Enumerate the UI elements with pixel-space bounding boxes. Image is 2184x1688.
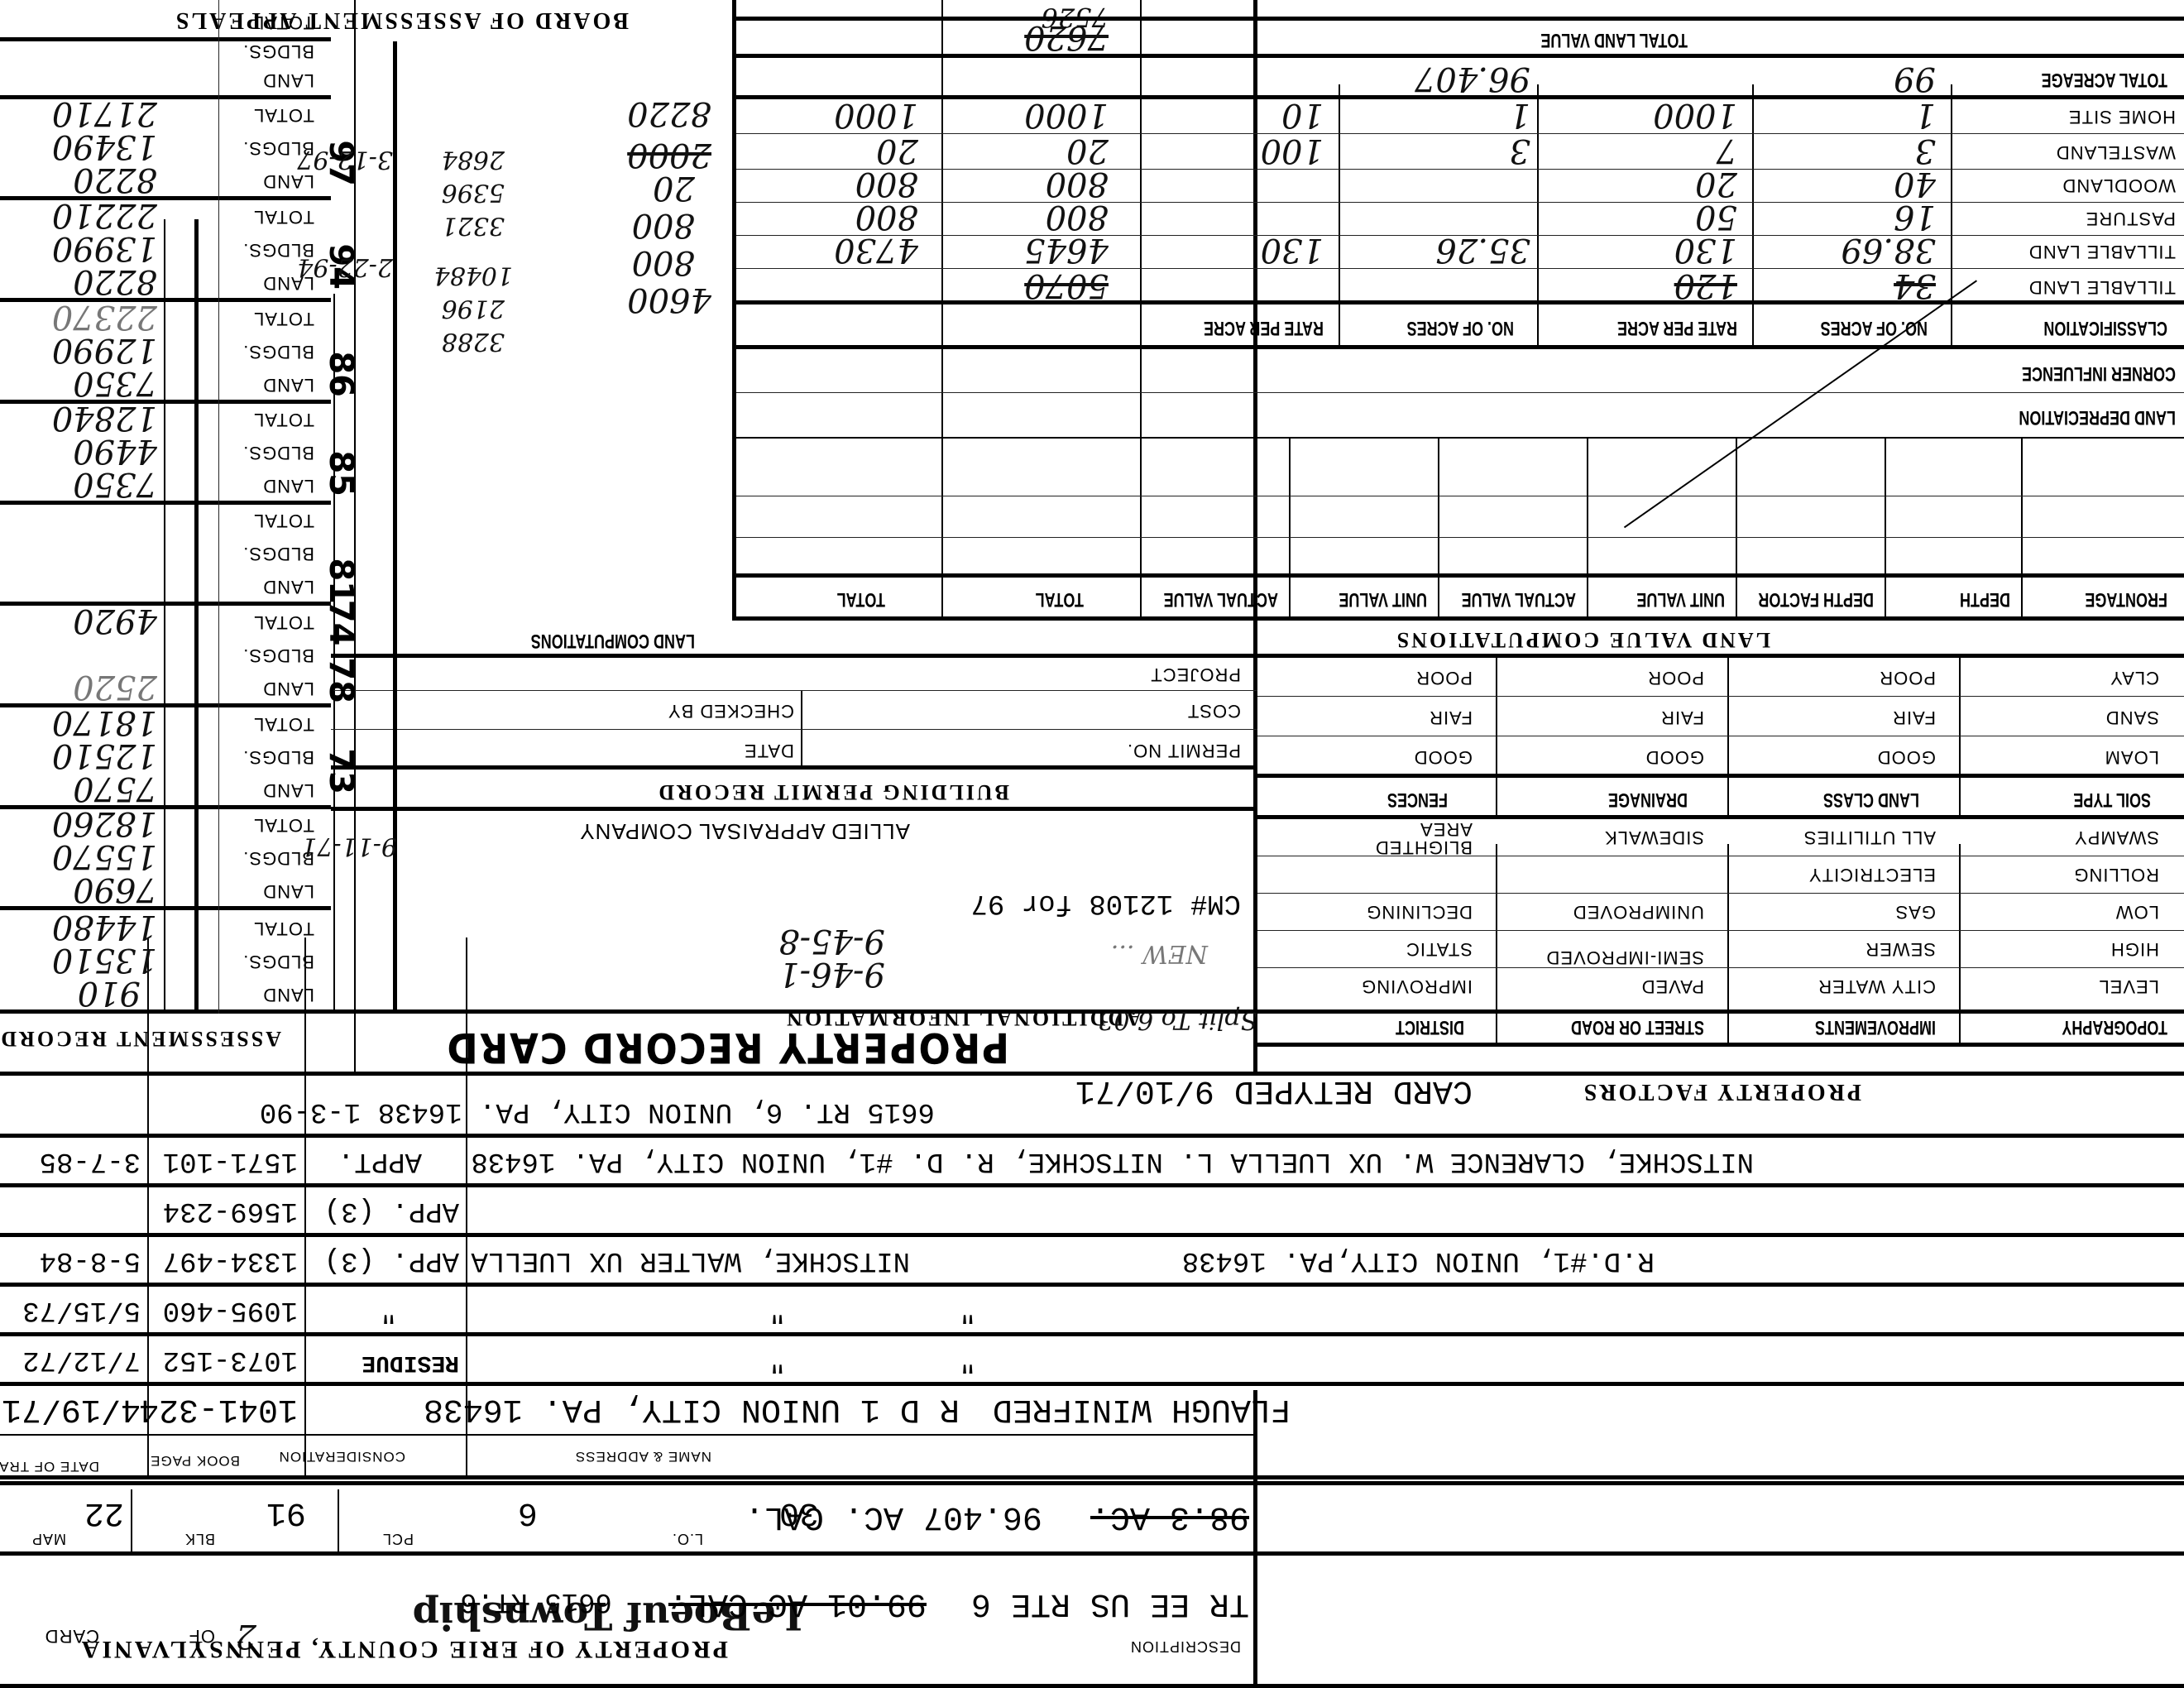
divider [0, 1434, 1257, 1436]
soil-type-header: SOIL TYPE [2073, 788, 2151, 811]
rate-value: 120 [1674, 266, 1737, 305]
row-label-land: LAND [262, 880, 314, 902]
lv-actual-value: ACTUAL VALUE [1462, 587, 1576, 611]
acres-value-2: 35.26 [1435, 231, 1530, 269]
assessment-land: 7570 [73, 770, 157, 808]
divider [331, 654, 2184, 658]
row-label-bldgs: BLDGS. [242, 645, 314, 666]
blk-label: BLK [184, 1530, 215, 1547]
divider [131, 1489, 132, 1556]
factor-level[interactable]: LEVEL [2099, 976, 2160, 997]
transfer-consideration: APP. (3) [324, 1195, 459, 1226]
transfer-address: " [960, 1344, 976, 1375]
total-value: 800 [1046, 198, 1109, 236]
assessment-year: 74 78 [322, 600, 360, 703]
corner-influence-label: CORNER INFLUENCE [2022, 362, 2176, 385]
land-depreciation-label: LAND DEPRECIATION [2019, 405, 2176, 429]
factor-sidewalk[interactable]: SIDEWALK [1604, 827, 1704, 848]
transfer-name: FLAUGH WINIFRED [993, 1390, 1291, 1427]
board-title: BOARD OF ASSESSMENT APPEALS [174, 7, 629, 33]
acres-header-1: NO. OF ACRES [1821, 316, 1928, 339]
divider [393, 41, 397, 1014]
assessment-total: 18260 [52, 804, 157, 842]
divider [1257, 930, 2184, 931]
th-book-page: BOOK PAGE [150, 1452, 240, 1469]
total-acreage-1: 99 [1894, 60, 1936, 98]
transfer-name: " [769, 1294, 786, 1326]
divider [0, 501, 331, 505]
factor-static[interactable]: STATIC [1406, 938, 1473, 960]
transfer-date: 7/12/72 [22, 1344, 141, 1375]
drainage-header: DRAINAGE [1608, 788, 1688, 811]
divider [0, 1382, 2184, 1386]
divider [736, 54, 2184, 58]
rate-value-2: 130 [1261, 231, 1324, 269]
property-record-card-title: PROPERTY RECORD CARD [446, 1024, 1009, 1072]
assessment-bldgs: 13990 [52, 229, 157, 267]
divider [194, 219, 199, 1014]
lc-side-2684: 2684 [442, 145, 505, 174]
divider [736, 573, 2184, 578]
drainage-good[interactable]: GOOD [1645, 746, 1704, 768]
rate-value: 130 [1674, 231, 1737, 269]
pcl-value: 6 [518, 1494, 538, 1531]
assessment-bldgs: 15570 [52, 837, 157, 875]
row-label-total: TOTAL [253, 206, 314, 228]
th-name-address: NAME & ADDRESS [575, 1448, 711, 1465]
permit-date-label: DATE [744, 740, 794, 761]
divider [736, 169, 2184, 170]
divider [0, 298, 331, 302]
transfer-book-page: 1095-460 [163, 1294, 298, 1326]
factor-gas[interactable]: GAS [1895, 901, 1936, 923]
rate-value: 1000 [1653, 96, 1737, 134]
assessment-year: 86 [322, 351, 360, 397]
assessment-total: 22210 [52, 196, 157, 234]
lc-value-8220: 8220 [627, 94, 711, 132]
divider [736, 392, 2184, 393]
permit-no-label: PERMIT NO. [1127, 740, 1241, 761]
divider [0, 37, 331, 41]
class-label: HOME SITE [2068, 106, 2176, 127]
divider [736, 537, 2184, 538]
divider [1537, 84, 1539, 349]
assessment-bldgs: 13510 [52, 941, 157, 979]
factor-rolling[interactable]: ROLLING [2073, 864, 2159, 885]
blk-value: 91 [266, 1494, 306, 1531]
divider [218, 0, 219, 1014]
row-label-land: LAND [262, 475, 314, 496]
lc-value-20: 20 [653, 169, 695, 207]
divider [331, 765, 1257, 770]
assessment-bldgs: 4490 [73, 432, 157, 470]
assessment-land: 910 [78, 974, 141, 1012]
improvements-header: IMPROVEMENTS [1815, 1015, 1936, 1038]
permit-cost-label: COST [1187, 700, 1241, 722]
note-9-45-8: 9-45-8 [778, 922, 885, 960]
description-label: DESCRIPTION [1130, 1638, 1241, 1655]
divider [1257, 736, 2184, 736]
assessment-land: 7690 [73, 870, 157, 909]
divider [0, 906, 331, 910]
divider [0, 1009, 331, 1014]
transfer-date: 5-8-84 [40, 1244, 141, 1276]
lc-value-800b: 800 [632, 243, 695, 281]
divider [0, 1475, 2184, 1479]
rate-header-1: RATE PER ACRE [1617, 316, 1737, 339]
row-label-total: TOTAL [253, 713, 314, 735]
divider [164, 219, 165, 1014]
row-label-total: TOTAL [253, 12, 314, 33]
lc-side-2196: 2196 [442, 294, 505, 323]
divider [732, 0, 736, 621]
divider [331, 807, 1257, 811]
divider [1257, 856, 2184, 856]
row-label-land: LAND [262, 678, 314, 699]
assessment-record-title: ASSESSMENT RECORD [0, 1026, 281, 1051]
divider [304, 938, 306, 1479]
class-label: TILLABLE LAND [2028, 241, 2176, 262]
th-date: DATE OF TRANSFER [0, 1459, 99, 1475]
rate-value: 50 [1695, 198, 1737, 236]
divider [331, 690, 1257, 691]
row-label-total: TOTAL [253, 918, 314, 939]
assessment-year: 81 [322, 558, 360, 604]
divider [1253, 0, 1257, 1076]
divider [2021, 439, 2023, 621]
rate-header-2: RATE PER ACRE [1204, 316, 1324, 339]
pcl-label: PCL [382, 1530, 414, 1547]
transfer-name: " [769, 1344, 786, 1375]
divider [736, 300, 2184, 305]
assessment-land: 7350 [73, 364, 157, 402]
divider [736, 133, 2184, 134]
assessment-date: 9-11-71 [301, 832, 397, 861]
description-struck: 99.01 AC CAL. [668, 1585, 927, 1622]
row-label-land: LAND [262, 70, 314, 91]
divider [736, 235, 2184, 236]
row-label-total: TOTAL [253, 308, 314, 329]
transfer-address: R D 1 UNION CITY, PA. 16438 [424, 1390, 960, 1427]
topography-header: TOPOGRAPHY [2062, 1015, 2167, 1038]
card-top-edge [0, 1684, 2184, 1688]
assessment-total: 21710 [52, 94, 157, 132]
fences-good[interactable]: GOOD [1414, 746, 1473, 768]
acreage-struck: 98.3 AC. [1090, 1498, 1249, 1535]
rate-value: 7 [1717, 132, 1737, 170]
factor-all-utilities[interactable]: ALL UTILITIES [1803, 827, 1936, 848]
divider [1339, 84, 1340, 349]
total-value: 800 [1046, 165, 1109, 203]
factor-electricity[interactable]: ELECTRICITY [1808, 864, 1936, 885]
row-label-bldgs: BLDGS. [242, 746, 314, 768]
divider [1438, 439, 1439, 621]
transfer-book-page: 1571-101 [163, 1145, 298, 1177]
row-label-bldgs: BLDGS. [242, 41, 314, 62]
note-handwritten: NEW ... [1111, 939, 1208, 968]
factor-swampy[interactable]: SWAMPY [2074, 827, 2159, 848]
row-label-total: TOTAL [253, 104, 314, 126]
transfer-consideration: APPT. [338, 1145, 422, 1177]
map-value: 22 [84, 1494, 124, 1531]
factor-sewer[interactable]: SEWER [1865, 938, 1936, 960]
divider [0, 602, 331, 606]
transfer-consideration: " [381, 1294, 397, 1326]
acres-value-2: 3 [1510, 132, 1530, 170]
lv-depth: DEPTH [1960, 587, 2010, 611]
divider [0, 1332, 2184, 1336]
lc-side-3321: 3321 [442, 211, 505, 240]
transfer-date: 3-7-85 [40, 1145, 141, 1177]
row-label-total: TOTAL [253, 611, 314, 633]
divider [0, 196, 331, 200]
factor-paved[interactable]: PAVED [1641, 976, 1704, 997]
divider [1587, 439, 1588, 621]
total-acreage-2: 96.407 [1415, 60, 1530, 98]
row-label-land: LAND [262, 779, 314, 801]
divider [941, 0, 943, 621]
soil-sand[interactable]: SAND [2105, 707, 2159, 728]
total-value: 1000 [1024, 96, 1109, 134]
lv-unit-value-2: UNIT VALUE [1339, 587, 1427, 611]
transfer-book-page: 1569-234 [163, 1195, 298, 1226]
fences-fair[interactable]: FAIR [1429, 707, 1473, 728]
total-value-2: 800 [855, 165, 918, 203]
total-acreage-label: TOTAL ACREAGE [2042, 68, 2167, 91]
divider [736, 496, 2184, 496]
assessment-bldgs: 12990 [52, 331, 157, 369]
row-label-total: TOTAL [253, 409, 314, 430]
lv-actual-value-2: ACTUAL VALUE [1164, 587, 1278, 611]
total-value-2: 4730 [834, 231, 918, 269]
lc-value-800a: 800 [632, 206, 695, 244]
land-value-title: LAND VALUE COMPUTATIONS [1395, 627, 1770, 652]
land-class-header: LAND CLASS [1823, 788, 1919, 811]
transfer-date: 5/15/73 [22, 1294, 141, 1326]
assessment-bldgs: 13490 [52, 127, 157, 165]
permit-project-label: PROJECT [1150, 664, 1241, 685]
total-land-value-label: TOTAL LAND VALUE [1540, 28, 1688, 51]
assessment-date: 3-12-97 [297, 145, 393, 174]
divider [1959, 844, 1961, 1047]
transfer-book-page: 1334-497 [163, 1244, 298, 1276]
divider [1951, 84, 1952, 349]
factor-high[interactable]: HIGH [2110, 938, 2159, 960]
divider [1257, 1043, 2184, 1047]
class-label: WASTELAND [2056, 141, 2176, 163]
land-computations-title: LAND COMPUTATIONS [531, 629, 695, 652]
divider [736, 202, 2184, 203]
total-value: 4645 [1024, 231, 1109, 269]
assessment-total: 12840 [52, 399, 157, 437]
note-9-46-1: 9-46-1 [778, 955, 885, 993]
divider [0, 95, 331, 99]
lv-unit-value: UNIT VALUE [1636, 587, 1725, 611]
total-value-2: 20 [876, 132, 918, 170]
transfer-address: " [960, 1294, 976, 1326]
land-class-poor[interactable]: POOR [1879, 667, 1936, 688]
card-retyped-note: CARD RETYPED 9/10/71 [1075, 1072, 1473, 1109]
factor-declining[interactable]: DECLINING [1366, 901, 1473, 923]
soil-loam[interactable]: LOAM [2105, 746, 2159, 768]
total-value: 5070 [1024, 266, 1109, 305]
lv-depth-factor: DEPTH FACTOR [1758, 587, 1874, 611]
lc-value-4600: 4600 [627, 281, 711, 319]
row-label-total: TOTAL [253, 510, 314, 531]
land-class-fair[interactable]: FAIR [1892, 707, 1936, 728]
cm-line: CM# 12108 for 97 [971, 887, 1241, 918]
divider [1727, 844, 1729, 1047]
class-label: PASTURE [2086, 208, 2176, 229]
factor-city-water[interactable]: CITY WATER [1818, 976, 1936, 997]
acres-value: 38.69 [1841, 231, 1936, 269]
row-label-land: LAND [262, 984, 314, 1005]
note-split: Split To 6.03 [1098, 1005, 1257, 1034]
row-label-land: LAND [262, 374, 314, 396]
land-class-good[interactable]: GOOD [1877, 746, 1936, 768]
acres-value: 3 [1915, 132, 1936, 170]
acres-value: 40 [1894, 165, 1936, 203]
assessment-total: 14480 [52, 908, 157, 946]
row-label-land: LAND [262, 576, 314, 597]
divider [1257, 893, 2184, 894]
assessment-total: 18170 [52, 703, 157, 741]
divider [0, 703, 331, 707]
divider [1885, 439, 1886, 621]
divider [1496, 844, 1497, 1047]
building-permit-title: BUILDING PERMIT RECORD [656, 779, 1009, 804]
acres-value: 1 [1915, 96, 1936, 134]
lc-side-3288: 3288 [442, 327, 505, 356]
transfer-name: 6615 RT. 6, UNION CITY, PA. 16438 1-3-90 [260, 1096, 935, 1127]
description-line1: TR EE US RTE 6 [971, 1585, 1249, 1622]
divider [1257, 696, 2184, 697]
lv-frontage: FRONTAGE [2085, 587, 2167, 611]
divider [0, 1283, 2184, 1287]
divider [0, 1551, 2184, 1556]
soil-clay[interactable]: CLAY [2110, 667, 2159, 688]
transfer-name: NITSCHKE, CLARENCE W. UX LUELLA L. NITSC… [471, 1145, 1754, 1177]
drainage-poor[interactable]: POOR [1647, 667, 1704, 688]
divider [1257, 967, 2184, 968]
lo-label: L.O. [672, 1530, 703, 1547]
divider [736, 437, 2184, 439]
factor-low[interactable]: LOW [2115, 901, 2159, 923]
assessment-land: 2520 [73, 668, 157, 706]
map-label: MAP [31, 1530, 66, 1547]
divider [736, 616, 2184, 621]
row-label-bldgs: BLDGS. [242, 442, 314, 463]
th-consideration: CONSIDERATION [279, 1448, 405, 1465]
transfer-name: NITSCHKE, WALTER UX LUELLA [472, 1244, 911, 1276]
divider [1959, 658, 1961, 819]
total-value: 20 [1066, 132, 1109, 170]
divider [0, 1183, 2184, 1187]
assessment-land: 8220 [73, 161, 157, 199]
fences-poor[interactable]: POOR [1415, 667, 1473, 688]
drainage-fair[interactable]: FAIR [1660, 707, 1704, 728]
lc-side-5396: 5396 [442, 178, 505, 207]
divider [736, 17, 2184, 21]
row-label-bldgs: BLDGS. [242, 341, 314, 362]
street-road-header: STREET OR ROAD [1571, 1015, 1704, 1038]
appraisal-company: ALLIED APPRAISAL COMPANY [579, 818, 910, 844]
class-label: TILLABLE LAND [2028, 276, 2176, 298]
factor-blighted-area[interactable]: BLIGHTED AREA [1348, 820, 1473, 856]
divider [0, 1134, 2184, 1138]
transfer-book-page: 1041-324 [139, 1390, 298, 1427]
assessment-land: 8220 [73, 262, 157, 300]
lv-total: TOTAL [1036, 587, 1084, 611]
assessment-year: 85 [322, 450, 360, 496]
divider [338, 1489, 339, 1556]
transfer-date: 4/19/71 [2, 1390, 141, 1427]
assessment-bldgs: 12510 [52, 736, 157, 774]
divider [1752, 84, 1754, 349]
assessment-date: 2-22-94 [297, 252, 393, 281]
class-label: WOODLAND [2062, 175, 2176, 196]
factor-improving[interactable]: IMPROVING [1361, 976, 1473, 997]
district-header: DISTRICT [1396, 1015, 1464, 1038]
divider [0, 400, 331, 404]
row-label-bldgs: BLDGS. [242, 543, 314, 564]
divider [0, 1233, 2184, 1237]
additional-info-title: ADDITIONAL INFORMATION [784, 1005, 1142, 1030]
acres-value: 16 [1894, 198, 1936, 236]
description-line2: 6615 RT.6 [460, 1585, 612, 1617]
divider [0, 805, 331, 809]
divider [1727, 658, 1729, 819]
assessment-total: 22370 [52, 298, 157, 336]
property-factors-title: PROPERTY FACTORS [1582, 1078, 1861, 1105]
property-record-card: CARD OF 2 LeBoeuf Township DESCRIPTION T… [0, 0, 2184, 1688]
divider [736, 345, 2184, 349]
divider [1496, 658, 1497, 819]
lc-side-10484: 10484 [434, 261, 513, 290]
class-header: CLASSIFICATION [2043, 316, 2167, 339]
fences-header: FENCES [1387, 788, 1448, 811]
divider [331, 1009, 2184, 1014]
divider [0, 1481, 2184, 1485]
acreage-value: 96.407 AC. CAL. [745, 1498, 1042, 1535]
divider [1257, 815, 2184, 819]
acres-header-2: NO. OF ACRES [1407, 316, 1514, 339]
divider [1140, 0, 1142, 621]
assessment-total: 4920 [73, 602, 157, 640]
row-label-bldgs: BLDGS. [242, 951, 314, 972]
assessment-year: 73 [322, 748, 360, 794]
acres-value-2: 1 [1510, 96, 1530, 134]
divider [1257, 774, 2184, 778]
total-value-2: 800 [855, 198, 918, 236]
divider [1736, 439, 1737, 621]
total-value-2: 1000 [834, 96, 918, 134]
transfer-book-page: 1073-152 [163, 1344, 298, 1375]
transfer-address: R.D.#1, UNION CITY,PA. 16438 [1182, 1244, 1655, 1276]
rate-value-2: 10 [1281, 96, 1324, 134]
lv-total-2: TOTAL [837, 587, 885, 611]
factor-semi-improved[interactable]: SEMI-IMPROVED [1539, 948, 1704, 966]
factor-unimproved[interactable]: UNIMPROVED [1573, 901, 1704, 923]
divider [331, 729, 1257, 730]
permit-checked-by-label: CHECKED BY [668, 700, 794, 722]
acres-value: 34 [1894, 266, 1936, 305]
transfer-consideration: RESIDUE [362, 1350, 459, 1375]
rate-value: 20 [1695, 165, 1737, 203]
divider [801, 691, 802, 770]
assessment-land: 7350 [73, 465, 157, 503]
transfer-consideration: APP. (3) [324, 1244, 459, 1276]
